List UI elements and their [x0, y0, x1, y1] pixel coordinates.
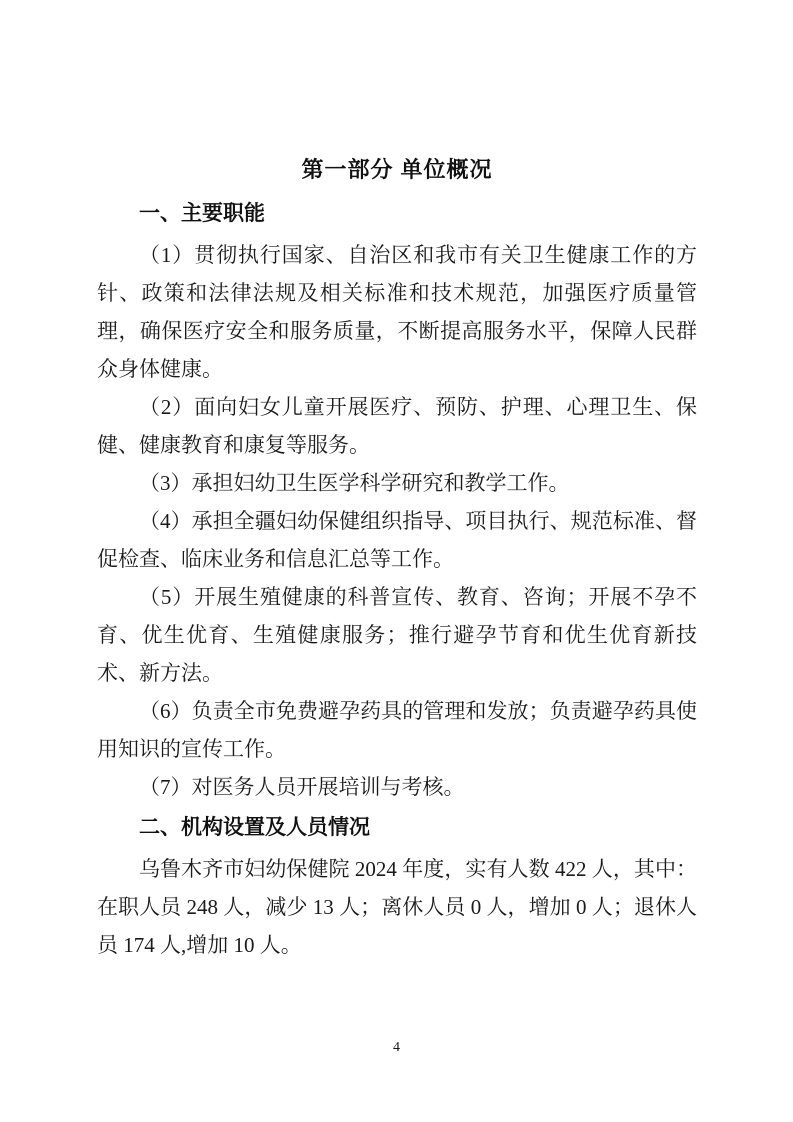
- paragraph-function-1: （1）贯彻执行国家、自治区和我市有关卫生健康工作的方针、政策和法律法规及相关标准…: [97, 236, 697, 388]
- paragraph-function-7: （7）对医务人员开展培训与考核。: [97, 768, 697, 806]
- paragraph-function-3: （3）承担妇幼卫生医学科学研究和教学工作。: [97, 464, 697, 502]
- page-number: 4: [0, 1040, 793, 1056]
- paragraph-function-6: （6）负责全市免费避孕药具的管理和发放；负责避孕药具使用知识的宣传工作。: [97, 692, 697, 768]
- document-page: 第一部分 单位概况 一、主要职能 （1）贯彻执行国家、自治区和我市有关卫生健康工…: [0, 0, 793, 1122]
- page-content: 第一部分 单位概况 一、主要职能 （1）贯彻执行国家、自治区和我市有关卫生健康工…: [97, 148, 697, 964]
- paragraph-function-2: （2）面向妇女儿童开展医疗、预防、护理、心理卫生、保健、健康教育和康复等服务。: [97, 388, 697, 464]
- section-heading-main-functions: 一、主要职能: [97, 192, 697, 236]
- paragraph-function-5: （5）开展生殖健康的科普宣传、教育、咨询；开展不孕不育、优生优育、生殖健康服务；…: [97, 578, 697, 692]
- paragraph-staff-overview: 乌鲁木齐市妇幼保健院 2024 年度，实有人数 422 人，其中：在职人员 24…: [97, 850, 697, 964]
- section-heading-organization-staff: 二、机构设置及人员情况: [97, 806, 697, 850]
- document-title: 第一部分 单位概况: [97, 148, 697, 192]
- paragraph-function-4: （4）承担全疆妇幼保健组织指导、项目执行、规范标准、督促检查、临床业务和信息汇总…: [97, 502, 697, 578]
